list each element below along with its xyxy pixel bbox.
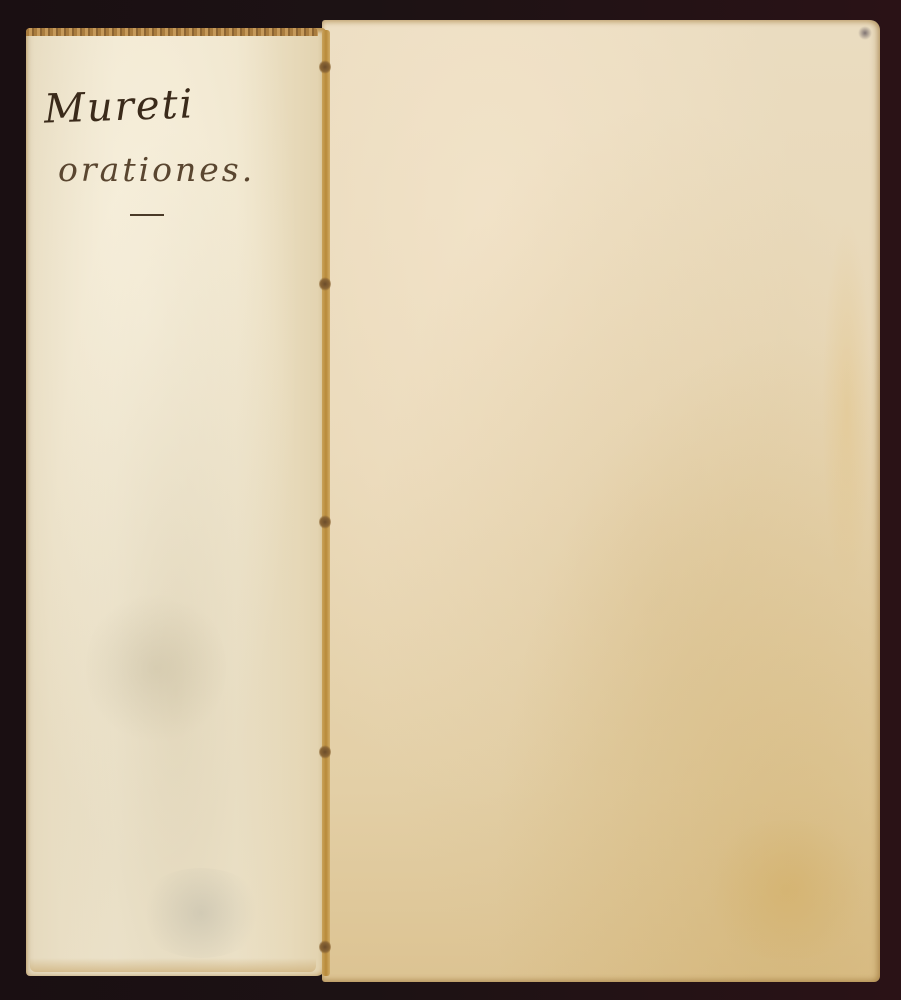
- spine-title-author: Mureti: [43, 81, 195, 132]
- photo-scene: Mureti orationes.: [0, 0, 901, 1000]
- spine-top-edge: [26, 28, 318, 36]
- spine-title-underline: [130, 214, 164, 216]
- book-back-cover: [322, 20, 880, 982]
- binding-tie: [319, 277, 331, 291]
- spine-hinge: [322, 30, 330, 976]
- binding-tie: [319, 940, 331, 954]
- stain: [136, 868, 266, 958]
- stain: [86, 588, 226, 748]
- stain: [702, 820, 872, 960]
- binding-tie: [319, 745, 331, 759]
- spine-title-work: orationes.: [58, 150, 255, 189]
- spine-bottom-edge: [30, 958, 316, 972]
- corner-wear-mark: [858, 26, 872, 40]
- stain: [822, 220, 872, 600]
- binding-tie: [319, 60, 331, 74]
- binding-tie: [319, 515, 331, 529]
